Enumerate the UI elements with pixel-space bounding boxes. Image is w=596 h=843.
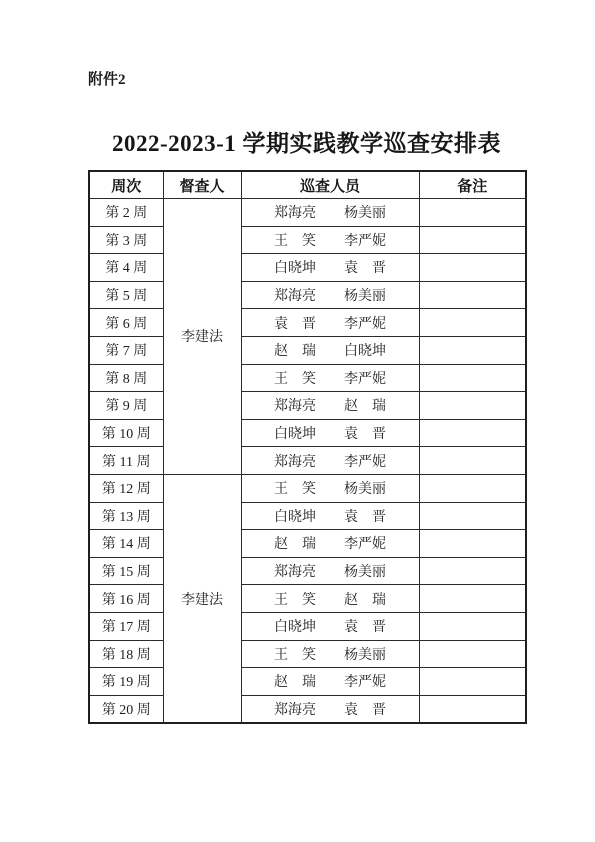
week-cell: 第 12 周 xyxy=(89,474,163,502)
inspector-name: 王 笑 xyxy=(274,368,316,388)
inspector-names: 郑海亮杨美丽 xyxy=(274,202,386,222)
document-page: 附件2 2022-2023-1 学期实践教学巡查安排表 周次 督查人 巡查人员 … xyxy=(0,0,596,843)
inspector-name: 郑海亮 xyxy=(274,395,316,415)
inspector-names: 郑海亮杨美丽 xyxy=(274,285,386,305)
note-cell xyxy=(419,474,526,502)
inspector-names: 白晓坤袁 晋 xyxy=(274,616,386,636)
table-row: 第 6 周袁 晋李严妮 xyxy=(89,309,526,337)
inspector-name: 李严妮 xyxy=(344,533,386,553)
inspector-names: 郑海亮李严妮 xyxy=(274,451,386,471)
inspector-name: 李严妮 xyxy=(344,368,386,388)
inspector-name: 杨美丽 xyxy=(344,561,386,581)
week-cell: 第 16 周 xyxy=(89,585,163,613)
inspectors-cell: 王 笑杨美丽 xyxy=(241,640,419,668)
inspectors-cell: 白晓坤袁 晋 xyxy=(241,419,419,447)
note-cell xyxy=(419,585,526,613)
note-cell xyxy=(419,254,526,282)
inspectors-cell: 郑海亮李严妮 xyxy=(241,447,419,475)
inspectors-cell: 白晓坤袁 晋 xyxy=(241,254,419,282)
inspectors-cell: 白晓坤袁 晋 xyxy=(241,502,419,530)
week-cell: 第 5 周 xyxy=(89,281,163,309)
week-cell: 第 9 周 xyxy=(89,392,163,420)
note-cell xyxy=(419,557,526,585)
inspector-name: 郑海亮 xyxy=(274,451,316,471)
week-cell: 第 13 周 xyxy=(89,502,163,530)
inspector-name: 杨美丽 xyxy=(344,285,386,305)
inspector-names: 郑海亮袁 晋 xyxy=(274,699,386,719)
table-row: 第 10 周白晓坤袁 晋 xyxy=(89,419,526,447)
inspector-name: 赵 瑞 xyxy=(344,589,386,609)
inspectors-cell: 赵 瑞白晓坤 xyxy=(241,336,419,364)
inspectors-cell: 郑海亮赵 瑞 xyxy=(241,392,419,420)
table-row: 第 19 周赵 瑞李严妮 xyxy=(89,668,526,696)
document-content: 附件2 2022-2023-1 学期实践教学巡查安排表 周次 督查人 巡查人员 … xyxy=(88,0,525,724)
inspectors-cell: 王 笑李严妮 xyxy=(241,226,419,254)
table-row: 第 14 周赵 瑞李严妮 xyxy=(89,530,526,558)
col-header-supervisor: 督查人 xyxy=(163,171,241,199)
week-cell: 第 15 周 xyxy=(89,557,163,585)
table-row: 第 13 周白晓坤袁 晋 xyxy=(89,502,526,530)
note-cell xyxy=(419,612,526,640)
inspector-name: 袁 晋 xyxy=(344,616,386,636)
inspector-name: 杨美丽 xyxy=(344,478,386,498)
inspector-names: 白晓坤袁 晋 xyxy=(274,423,386,443)
inspector-names: 王 笑杨美丽 xyxy=(274,478,386,498)
inspector-name: 郑海亮 xyxy=(274,699,316,719)
inspector-name: 郑海亮 xyxy=(274,561,316,581)
col-header-week: 周次 xyxy=(89,171,163,199)
inspector-name: 赵 瑞 xyxy=(344,395,386,415)
table-row: 第 17 周白晓坤袁 晋 xyxy=(89,612,526,640)
week-cell: 第 14 周 xyxy=(89,530,163,558)
col-header-inspectors: 巡查人员 xyxy=(241,171,419,199)
schedule-body: 第 2 周李建法郑海亮杨美丽第 3 周王 笑李严妮第 4 周白晓坤袁 晋第 5 … xyxy=(89,199,526,724)
note-cell xyxy=(419,695,526,723)
week-cell: 第 6 周 xyxy=(89,309,163,337)
inspector-name: 袁 晋 xyxy=(344,506,386,526)
header-row: 周次 督查人 巡查人员 备注 xyxy=(89,171,526,199)
inspector-names: 赵 瑞李严妮 xyxy=(274,671,386,691)
table-row: 第 9 周郑海亮赵 瑞 xyxy=(89,392,526,420)
inspector-names: 王 笑李严妮 xyxy=(274,368,386,388)
inspector-names: 郑海亮赵 瑞 xyxy=(274,395,386,415)
table-row: 第 8 周王 笑李严妮 xyxy=(89,364,526,392)
note-cell xyxy=(419,336,526,364)
table-row: 第 7 周赵 瑞白晓坤 xyxy=(89,336,526,364)
inspectors-cell: 白晓坤袁 晋 xyxy=(241,612,419,640)
table-row: 第 5 周郑海亮杨美丽 xyxy=(89,281,526,309)
note-cell xyxy=(419,447,526,475)
week-cell: 第 3 周 xyxy=(89,226,163,254)
week-cell: 第 20 周 xyxy=(89,695,163,723)
note-cell xyxy=(419,392,526,420)
table-header: 周次 督查人 巡查人员 备注 xyxy=(89,171,526,199)
table-row: 第 3 周王 笑李严妮 xyxy=(89,226,526,254)
inspector-name: 王 笑 xyxy=(274,644,316,664)
table-row: 第 2 周李建法郑海亮杨美丽 xyxy=(89,199,526,227)
inspector-name: 袁 晋 xyxy=(344,257,386,277)
inspector-name: 赵 瑞 xyxy=(274,340,316,360)
week-cell: 第 17 周 xyxy=(89,612,163,640)
week-cell: 第 10 周 xyxy=(89,419,163,447)
table-row: 第 4 周白晓坤袁 晋 xyxy=(89,254,526,282)
supervisor-cell: 李建法 xyxy=(163,474,241,723)
table-row: 第 15 周郑海亮杨美丽 xyxy=(89,557,526,585)
note-cell xyxy=(419,226,526,254)
inspector-name: 李严妮 xyxy=(344,230,386,250)
inspector-name: 白晓坤 xyxy=(344,340,386,360)
table-row: 第 18 周王 笑杨美丽 xyxy=(89,640,526,668)
note-cell xyxy=(419,668,526,696)
inspector-names: 赵 瑞白晓坤 xyxy=(274,340,386,360)
inspector-name: 杨美丽 xyxy=(344,644,386,664)
inspector-name: 袁 晋 xyxy=(344,423,386,443)
week-cell: 第 8 周 xyxy=(89,364,163,392)
inspector-name: 杨美丽 xyxy=(344,202,386,222)
note-cell xyxy=(419,419,526,447)
inspector-name: 郑海亮 xyxy=(274,285,316,305)
inspector-name: 李严妮 xyxy=(344,451,386,471)
inspector-name: 王 笑 xyxy=(274,589,316,609)
inspectors-cell: 王 笑赵 瑞 xyxy=(241,585,419,613)
inspector-name: 白晓坤 xyxy=(274,423,316,443)
inspector-name: 王 笑 xyxy=(274,478,316,498)
note-cell xyxy=(419,199,526,227)
week-cell: 第 2 周 xyxy=(89,199,163,227)
note-cell xyxy=(419,364,526,392)
table-row: 第 20 周郑海亮袁 晋 xyxy=(89,695,526,723)
supervisor-cell: 李建法 xyxy=(163,199,241,475)
inspector-name: 郑海亮 xyxy=(274,202,316,222)
note-cell xyxy=(419,281,526,309)
inspector-names: 王 笑李严妮 xyxy=(274,230,386,250)
inspector-name: 赵 瑞 xyxy=(274,671,316,691)
note-cell xyxy=(419,502,526,530)
inspector-names: 白晓坤袁 晋 xyxy=(274,257,386,277)
inspector-name: 王 笑 xyxy=(274,230,316,250)
week-cell: 第 11 周 xyxy=(89,447,163,475)
inspector-name: 袁 晋 xyxy=(274,313,316,333)
inspector-name: 袁 晋 xyxy=(344,699,386,719)
page-title: 2022-2023-1 学期实践教学巡查安排表 xyxy=(88,131,525,157)
table-row: 第 12 周李建法王 笑杨美丽 xyxy=(89,474,526,502)
week-cell: 第 4 周 xyxy=(89,254,163,282)
inspectors-cell: 赵 瑞李严妮 xyxy=(241,530,419,558)
inspectors-cell: 袁 晋李严妮 xyxy=(241,309,419,337)
schedule-table: 周次 督查人 巡查人员 备注 第 2 周李建法郑海亮杨美丽第 3 周王 笑李严妮… xyxy=(88,170,527,724)
inspector-names: 白晓坤袁 晋 xyxy=(274,506,386,526)
inspector-name: 白晓坤 xyxy=(274,506,316,526)
col-header-note: 备注 xyxy=(419,171,526,199)
inspectors-cell: 郑海亮杨美丽 xyxy=(241,199,419,227)
inspector-name: 白晓坤 xyxy=(274,257,316,277)
inspectors-cell: 王 笑李严妮 xyxy=(241,364,419,392)
inspector-names: 赵 瑞李严妮 xyxy=(274,533,386,553)
inspector-name: 白晓坤 xyxy=(274,616,316,636)
week-cell: 第 19 周 xyxy=(89,668,163,696)
inspector-names: 袁 晋李严妮 xyxy=(274,313,386,333)
table-row: 第 16 周王 笑赵 瑞 xyxy=(89,585,526,613)
inspector-name: 赵 瑞 xyxy=(274,533,316,553)
inspector-names: 郑海亮杨美丽 xyxy=(274,561,386,581)
attachment-label: 附件2 xyxy=(88,70,525,90)
note-cell xyxy=(419,530,526,558)
inspectors-cell: 王 笑杨美丽 xyxy=(241,474,419,502)
table-row: 第 11 周郑海亮李严妮 xyxy=(89,447,526,475)
inspectors-cell: 郑海亮杨美丽 xyxy=(241,281,419,309)
inspector-names: 王 笑赵 瑞 xyxy=(274,589,386,609)
note-cell xyxy=(419,309,526,337)
inspectors-cell: 赵 瑞李严妮 xyxy=(241,668,419,696)
week-cell: 第 18 周 xyxy=(89,640,163,668)
week-cell: 第 7 周 xyxy=(89,336,163,364)
inspectors-cell: 郑海亮杨美丽 xyxy=(241,557,419,585)
inspector-name: 李严妮 xyxy=(344,313,386,333)
inspector-names: 王 笑杨美丽 xyxy=(274,644,386,664)
note-cell xyxy=(419,640,526,668)
inspectors-cell: 郑海亮袁 晋 xyxy=(241,695,419,723)
inspector-name: 李严妮 xyxy=(344,671,386,691)
